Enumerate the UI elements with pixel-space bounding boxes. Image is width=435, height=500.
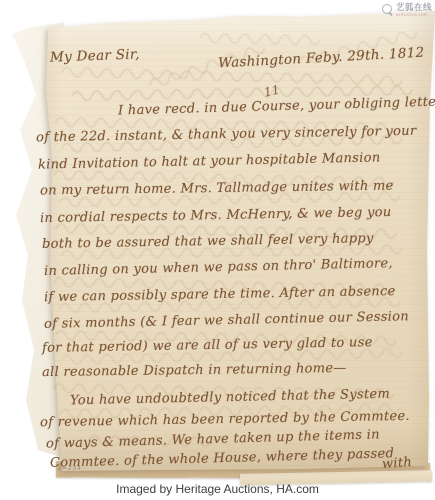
artfox-watermark: 艺狐在线 artfoxlive.com — [382, 3, 432, 17]
watermark-subtext: artfoxlive.com — [396, 13, 432, 18]
letter-salutation: My Dear Sir, — [50, 46, 140, 65]
pencil-inventory-mark: 1=234 — [57, 464, 82, 472]
credit-line: Imaged by Heritage Auctions, HA.com — [0, 482, 435, 496]
letter-catchword: with — [382, 455, 413, 472]
magnifier-icon — [382, 4, 394, 16]
watermark-text: 艺狐在线 — [396, 3, 432, 12]
auction-photo: My Dear Sir, Washington Feby. 29th. 1812… — [0, 0, 435, 500]
